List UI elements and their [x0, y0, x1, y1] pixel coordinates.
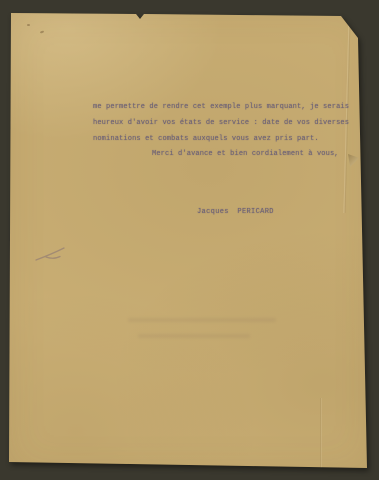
paper-edge-fold: [348, 154, 359, 167]
ink-smudge: [34, 243, 79, 265]
letter-line: nominations et combats auxquels vous ave…: [93, 132, 349, 148]
letter-body: me permettre de rendre cet exemple plus …: [93, 100, 349, 163]
scan-background: me permettre de rendre cet exemple plus …: [0, 0, 379, 480]
signature-name: Jacques PERICARD: [197, 208, 274, 216]
letter-line: me permettre de rendre cet exemple plus …: [93, 100, 349, 116]
letter-page: me permettre de rendre cet exemple plus …: [0, 0, 379, 480]
ink-bleedthrough: [138, 334, 250, 338]
letter-closing-line: Merci d'avance et bien cordialement à vo…: [93, 147, 349, 163]
paper-speck: [27, 24, 30, 26]
paper-crease-right-bottom: [320, 398, 322, 470]
ink-bleedthrough: [128, 318, 276, 322]
letter-line: heureux d'avoir vos états de service : d…: [93, 116, 349, 132]
paper-speck: [40, 30, 44, 33]
paper-shadow: me permettre de rendre cet exemple plus …: [0, 0, 379, 480]
